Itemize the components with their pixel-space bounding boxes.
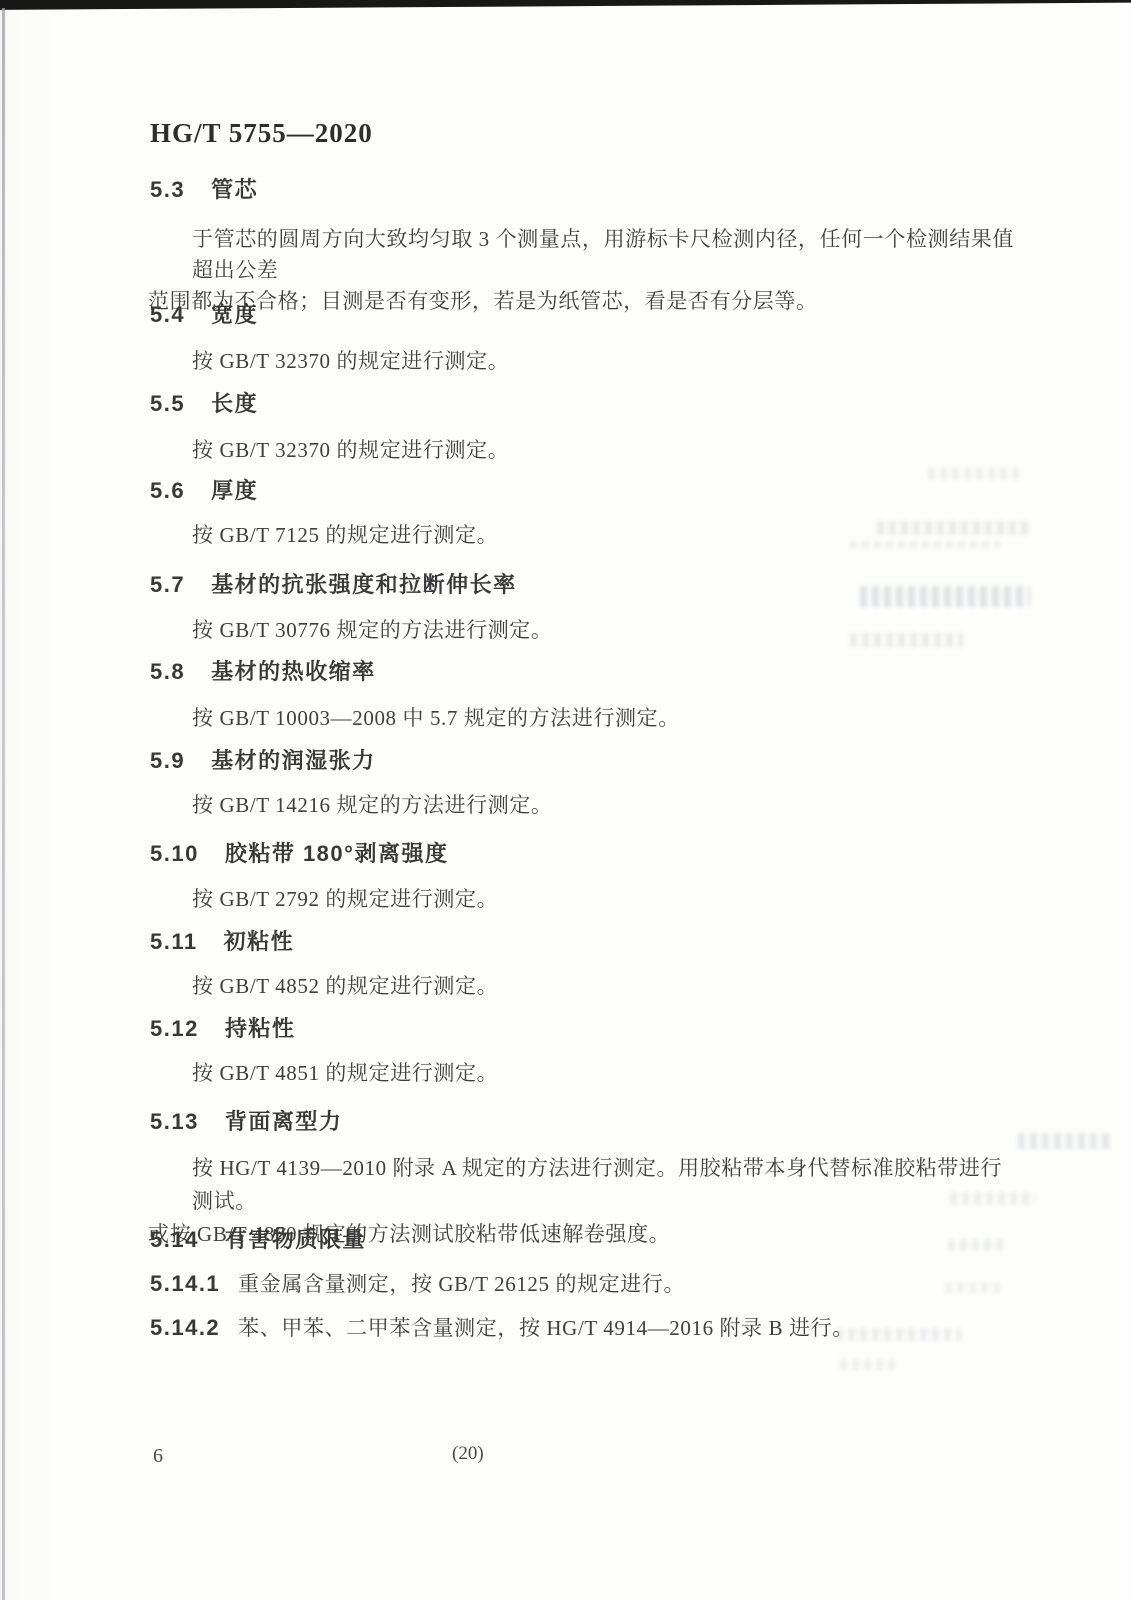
section-body-5-5: 按 GB/T 32370 的规定进行测定。 — [148, 435, 1016, 466]
section-title: 管芯 — [211, 177, 258, 202]
subsection-number: 5.14.2 — [150, 1315, 220, 1340]
body-line: 按 GB/T 4851 的规定进行测定。 — [148, 1058, 1016, 1089]
scan-edge-left-artifact — [2, 8, 5, 1600]
body-line: 按 GB/T 32370 的规定进行测定。 — [148, 346, 1016, 377]
body-line: 按 GB/T 2792 的规定进行测定。 — [148, 884, 1016, 915]
section-heading-5-8: 5.8基材的热收缩率 — [150, 661, 376, 683]
subsection-5-14-1: 5.14.1重金属含量测定，按 GB/T 26125 的规定进行。 — [150, 1270, 1030, 1298]
section-title: 厚度 — [211, 478, 258, 503]
section-heading-5-3: 5.3管芯 — [150, 179, 258, 201]
body-line: 于管芯的圆周方向大致均匀取 3 个测量点，用游标卡尺检测内径，任何一个检测结果值… — [148, 224, 1016, 286]
body-line: 范围都为不合格；目测是否有变形，若是为纸管芯，看是否有分层等。 — [148, 286, 1016, 317]
section-heading-5-6: 5.6厚度 — [150, 480, 258, 502]
section-title: 持粘性 — [225, 1016, 296, 1041]
section-title: 基材的润湿张力 — [211, 748, 376, 773]
section-title: 有害物质限量 — [225, 1227, 366, 1252]
section-title: 基材的抗张强度和拉断伸长率 — [211, 572, 517, 597]
body-line: 按 GB/T 4852 的规定进行测定。 — [148, 971, 1016, 1002]
bleed-through-mark — [928, 468, 1024, 480]
section-number: 5.8 — [150, 659, 185, 684]
section-body-5-6: 按 GB/T 7125 的规定进行测定。 — [148, 520, 1016, 551]
section-body-5-9: 按 GB/T 14216 规定的方法进行测定。 — [148, 790, 1016, 821]
section-heading-5-14: 5.14有害物质限量 — [150, 1229, 366, 1251]
section-number: 5.5 — [150, 391, 185, 416]
section-number: 5.3 — [150, 177, 185, 202]
scan-edge-top-artifact — [0, 0, 1131, 12]
section-heading-5-12: 5.12持粘性 — [150, 1018, 295, 1040]
body-line: 按 HG/T 4139—2010 附录 A 规定的方法进行测定。用胶粘带本身代替… — [148, 1152, 1016, 1218]
section-title: 基材的热收缩率 — [211, 659, 376, 684]
section-body-5-7: 按 GB/T 30776 规定的方法进行测定。 — [148, 615, 1016, 646]
section-number: 5.13 — [150, 1109, 199, 1134]
section-title: 长度 — [211, 391, 258, 416]
bleed-through-mark — [860, 586, 1030, 607]
section-heading-5-10: 5.10胶粘带 180°剥离强度 — [150, 843, 448, 865]
section-number: 5.7 — [150, 572, 185, 597]
subsection-text: 苯、甲苯、二甲苯含量测定，按 HG/T 4914—2016 附录 B 进行。 — [238, 1316, 854, 1340]
body-line: 按 GB/T 32370 的规定进行测定。 — [148, 435, 1016, 466]
section-body-5-11: 按 GB/T 4852 的规定进行测定。 — [148, 971, 1016, 1002]
section-number: 5.4 — [150, 302, 185, 327]
body-line: 按 GB/T 10003—2008 中 5.7 规定的方法进行测定。 — [148, 703, 1016, 734]
section-heading-5-11: 5.11初粘性 — [150, 931, 294, 953]
section-number: 5.14 — [150, 1227, 199, 1252]
scanned-document-page: HG/T 5755—2020 5.3管芯 于管芯的圆周方向大致均匀取 3 个测量… — [0, 0, 1131, 1600]
section-body-5-10: 按 GB/T 2792 的规定进行测定。 — [148, 884, 1016, 915]
section-body-5-8: 按 GB/T 10003—2008 中 5.7 规定的方法进行测定。 — [148, 703, 1016, 734]
subsection-text: 重金属含量测定，按 GB/T 26125 的规定进行。 — [238, 1272, 685, 1296]
section-body-5-4: 按 GB/T 32370 的规定进行测定。 — [148, 346, 1016, 377]
bleed-through-mark — [840, 1359, 895, 1370]
section-number: 5.11 — [150, 929, 198, 954]
section-heading-5-4: 5.4宽度 — [150, 304, 258, 326]
section-number: 5.10 — [150, 841, 199, 866]
body-line: 按 GB/T 30776 规定的方法进行测定。 — [148, 615, 1016, 646]
section-title: 胶粘带 180°剥离强度 — [225, 841, 449, 866]
footer-page-number: 6 — [153, 1445, 163, 1468]
section-title: 宽度 — [211, 302, 258, 327]
standard-number: HG/T 5755—2020 — [150, 118, 373, 149]
section-body-5-12: 按 GB/T 4851 的规定进行测定。 — [148, 1058, 1016, 1089]
section-heading-5-5: 5.5长度 — [150, 393, 258, 415]
section-heading-5-7: 5.7基材的抗张强度和拉断伸长率 — [150, 574, 517, 596]
section-heading-5-13: 5.13背面离型力 — [150, 1111, 342, 1133]
body-line: 按 GB/T 14216 规定的方法进行测定。 — [148, 790, 1016, 821]
bleed-through-mark — [1018, 1133, 1113, 1149]
section-number: 5.12 — [150, 1016, 199, 1041]
section-number: 5.6 — [150, 478, 185, 503]
footer-center-page-number: (20) — [452, 1443, 484, 1465]
section-heading-5-9: 5.9基材的润湿张力 — [150, 750, 376, 772]
subsection-number: 5.14.1 — [150, 1271, 220, 1296]
section-number: 5.9 — [150, 748, 185, 773]
section-title: 背面离型力 — [225, 1109, 343, 1134]
section-title: 初粘性 — [224, 929, 295, 954]
subsection-5-14-2: 5.14.2苯、甲苯、二甲苯含量测定，按 HG/T 4914—2016 附录 B… — [150, 1314, 1030, 1342]
body-line: 按 GB/T 7125 的规定进行测定。 — [148, 520, 1016, 551]
section-body-5-3: 于管芯的圆周方向大致均匀取 3 个测量点，用游标卡尺检测内径，任何一个检测结果值… — [148, 224, 1016, 317]
